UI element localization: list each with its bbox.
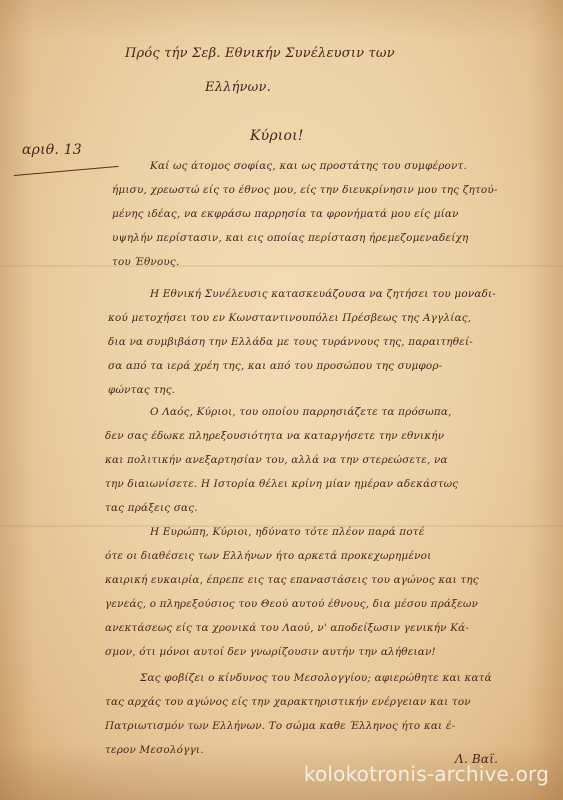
body-line: γενεάς, ο πληρεξούσιος του Θεού αυτού έθ… (105, 598, 478, 610)
salutation: Κύριοι! (250, 128, 304, 144)
watermark: kolokotronis-archive.org (304, 762, 549, 786)
body-line: τας πράξεις σας. (105, 502, 198, 514)
body-line: δια να συμβιβάση την Ελλάδα με τους τυρά… (108, 336, 473, 348)
body-line: Η Ευρώπη, Κύριοι, ηδύνατο τότε πλέον παρ… (150, 526, 425, 538)
address-line-2: Ελλήνων. (205, 80, 271, 95)
body-line: μένης ιδέας, να εκφράσω παρρησία τα φρον… (112, 208, 459, 220)
body-line: ήμισυ, χρεωστώ είς το έθνος μου, είς την… (112, 184, 498, 196)
body-line: σα από τα ιερά χρέη της, και από του προ… (108, 360, 442, 372)
body-line: Καί ως άτομος σοφίας, και ως προστάτης τ… (150, 160, 467, 172)
body-line: Η Εθνική Συνέλευσις κατασκευάζουσα να ζη… (150, 288, 496, 300)
body-line: κού μετοχήσει του εν Κωνσταντινουπόλει Π… (108, 312, 471, 324)
body-line: ότε οι διαθέσεις των Ελλήνων ήτο αρκετά … (105, 550, 431, 562)
margin-note-underline (14, 166, 119, 176)
body-line: ανεκτάσεως είς τα χρονικά του Λαού, ν' α… (105, 622, 469, 634)
body-line: Ο Λαός, Κύριοι, του οποίου παρρησιάζετε … (150, 406, 452, 418)
body-line: δεν σας έδωκε πληρεξουσιότητα να καταργή… (105, 430, 444, 442)
body-line: Πατριωτισμόν των Ελλήνων. Το σώμα καθε Έ… (105, 720, 455, 732)
manuscript-page: Πρός τήν Σεβ. Εθνικήν Συνέλευσιν των Ελλ… (0, 0, 563, 800)
body-line: την διαιωνίσετε. Η Ιστορία θέλει κρίνη μ… (105, 478, 458, 490)
body-line: Σας φοβίζει ο κίνδυνος του Μεσολογγίου; … (140, 672, 492, 684)
body-line: τερον Μεσολόγγι. (105, 744, 204, 756)
body-line: υψηλήν περίστασιν, και εις οποίας περίστ… (112, 232, 468, 244)
address-line-1: Πρός τήν Σεβ. Εθνικήν Συνέλευσιν των (125, 46, 395, 61)
body-line: και πολιτικήν ανεξαρτησίαν του, αλλά να … (105, 454, 448, 466)
paper-fold (0, 265, 563, 267)
body-line: καιρική ευκαιρία, έπρεπε εις τας επαναστ… (105, 574, 479, 586)
body-line: σμον, ότι μόνοι αυτοί δεν γνωρίζουσιν αυ… (105, 646, 436, 658)
margin-note: αριθ. 13 (22, 142, 82, 158)
body-line: φώντας της. (108, 384, 175, 396)
body-line: του Έθνους. (112, 256, 179, 268)
body-line: τας αρχάς του αγώνος είς την χαρακτηριστ… (105, 696, 471, 708)
